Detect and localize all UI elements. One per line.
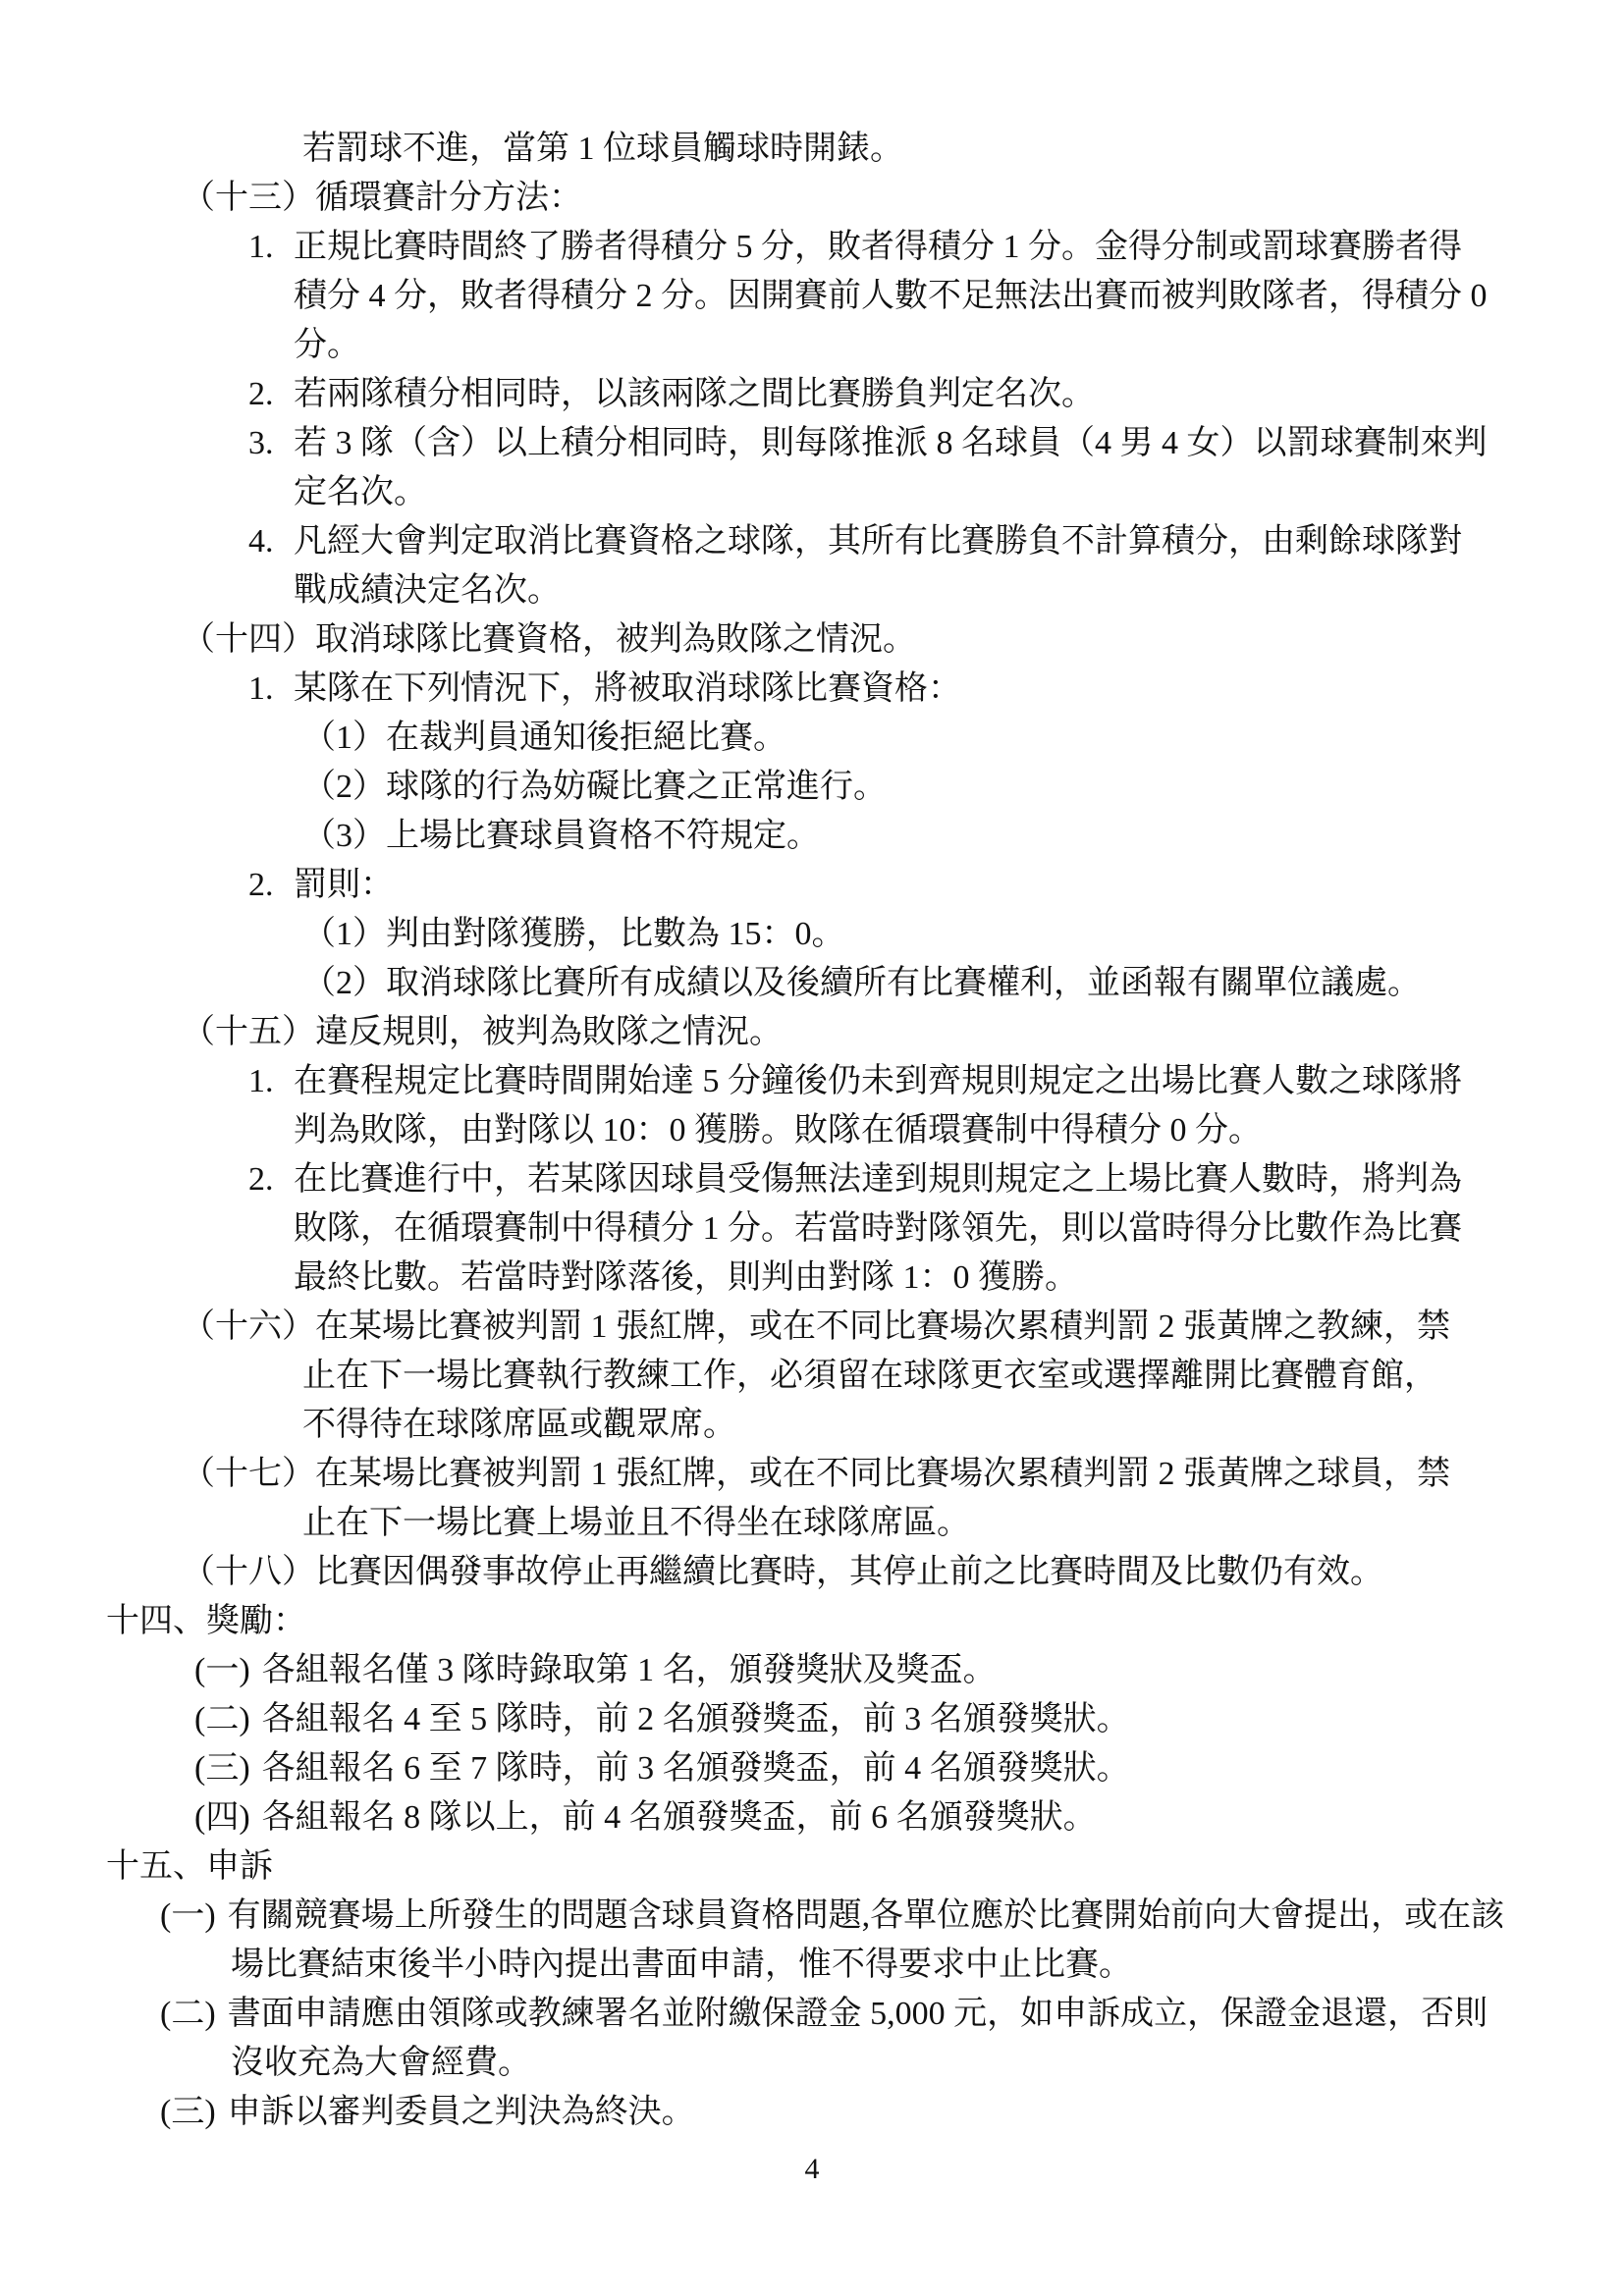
text-line: 2.罰則： [0, 861, 1624, 910]
line-text: 若罰球不進，當第 1 位球員觸球時開錶。 [302, 131, 903, 167]
line-label: (一) [194, 1652, 250, 1688]
line-text: 若 3 隊（含）以上積分相同時，則每隊推派 8 名球員（4 男 4 女）以罰球賽… [294, 425, 1488, 461]
text-line: 止在下一場比賽上場並且不得坐在球隊席區。 [0, 1499, 1624, 1548]
line-text: 罰則： [294, 867, 394, 903]
text-line: 1.正規比賽時間終了勝者得積分 5 分，敗者得積分 1 分。金得分制或罰球賽勝者… [0, 223, 1624, 272]
text-line: （3）上場比賽球員資格不符規定。 [0, 812, 1624, 861]
text-line: （十五）違反規則，被判為敗隊之情況。 [0, 1008, 1624, 1057]
line-text: 沒收充為大會經費。 [231, 2045, 531, 2081]
line-label: 1. [248, 223, 294, 272]
text-line: 沒收充為大會經費。 [0, 2039, 1624, 2088]
line-label: 2. [248, 370, 294, 419]
line-text: 在比賽進行中，若某隊因球員受傷無法達到規則規定之上場比賽人數時，將判為 [294, 1161, 1462, 1198]
text-line: 4.凡經大會判定取消比賽資格之球隊，其所有比賽勝負不計算積分，由剩餘球隊對 [0, 517, 1624, 566]
line-text: （十八）比賽因偶發事故停止再繼續比賽時，其停止前之比賽時間及比數仍有效。 [182, 1554, 1383, 1590]
line-label: (二) [160, 1996, 216, 2032]
text-line: 定名次。 [0, 468, 1624, 517]
text-line: 3.若 3 隊（含）以上積分相同時，則每隊推派 8 名球員（4 男 4 女）以罰… [0, 419, 1624, 468]
line-text: 各組報名 8 隊以上，前 4 名頒發獎盃，前 6 名頒發獎狀。 [262, 1799, 1097, 1836]
text-line: (一)有關競賽場上所發生的問題含球員資格問題,各單位應於比賽開始前向大會提出，或… [0, 1892, 1624, 1941]
text-line: (二)各組報名 4 至 5 隊時，前 2 名頒發獎盃，前 3 名頒發獎狀。 [0, 1695, 1624, 1744]
text-line: (三)申訴以審判委員之判決為終決。 [0, 2088, 1624, 2137]
line-text: （十四）取消球隊比賽資格，被判為敗隊之情況。 [182, 621, 916, 658]
line-label: 2. [248, 861, 294, 910]
line-text: （十七）在某場比賽被判罰 1 張紅牌，或在不同比賽場次累積判罰 2 張黃牌之球員… [182, 1456, 1450, 1492]
line-text: 定名次。 [294, 474, 427, 510]
text-line: 判為敗隊，由對隊以 10：0 獲勝。敗隊在循環賽制中得積分 0 分。 [0, 1106, 1624, 1155]
line-text: 在賽程規定比賽時間開始達 5 分鐘後仍未到齊規則規定之出場比賽人數之球隊將 [294, 1063, 1462, 1099]
line-label: 3. [248, 419, 294, 468]
line-label: (一) [160, 1897, 216, 1934]
line-text: 止在下一場比賽執行教練工作，必須留在球隊更衣室或選擇離開比賽體育館， [302, 1358, 1437, 1394]
line-text: 各組報名 4 至 5 隊時，前 2 名頒發獎盃，前 3 名頒發獎狀。 [262, 1701, 1130, 1737]
line-label: (三) [194, 1750, 250, 1787]
text-line: 分。 [0, 321, 1624, 370]
text-line: （1）在裁判員通知後拒絕比賽。 [0, 714, 1624, 763]
text-line: 場比賽結束後半小時內提出書面申請，惟不得要求中止比賽。 [0, 1941, 1624, 1990]
text-line: （十四）取消球隊比賽資格，被判為敗隊之情況。 [0, 615, 1624, 665]
text-line: 1.在賽程規定比賽時間開始達 5 分鐘後仍未到齊規則規定之出場比賽人數之球隊將 [0, 1057, 1624, 1106]
text-line: (四)各組報名 8 隊以上，前 4 名頒發獎盃，前 6 名頒發獎狀。 [0, 1793, 1624, 1842]
text-line: 戰成績決定名次。 [0, 566, 1624, 615]
text-line: 十五、申訴 [0, 1842, 1624, 1892]
text-line: （十六）在某場比賽被判罰 1 張紅牌，或在不同比賽場次累積判罰 2 張黃牌之教練… [0, 1303, 1624, 1352]
text-line: （2）取消球隊比賽所有成績以及後續所有比賽權利，並函報有關單位議處。 [0, 959, 1624, 1008]
line-label: 1. [248, 665, 294, 714]
line-label: 1. [248, 1057, 294, 1106]
line-text: 有關競賽場上所發生的問題含球員資格問題,各單位應於比賽開始前向大會提出，或在該 [228, 1897, 1505, 1934]
line-label: 4. [248, 517, 294, 566]
line-text: 場比賽結束後半小時內提出書面申請，惟不得要求中止比賽。 [231, 1947, 1132, 1983]
line-text: （十三）循環賽計分方法： [182, 180, 582, 216]
text-line: 十四、獎勵： [0, 1597, 1624, 1646]
text-line: 不得待在球隊席區或觀眾席。 [0, 1401, 1624, 1450]
text-line: 積分 4 分，敗者得積分 2 分。因開賽前人數不足無法出賽而被判敗隊者，得積分 … [0, 272, 1624, 321]
line-text: 不得待在球隊席區或觀眾席。 [302, 1407, 736, 1443]
line-text: 積分 4 分，敗者得積分 2 分。因開賽前人數不足無法出賽而被判敗隊者，得積分 … [294, 278, 1488, 314]
line-text: 最終比數。若當時對隊落後，則判由對隊 1：0 獲勝。 [294, 1259, 1078, 1296]
line-text: （1）在裁判員通知後拒絕比賽。 [302, 720, 786, 756]
line-label: (三) [160, 2094, 216, 2130]
text-line: 若罰球不進，當第 1 位球員觸球時開錶。 [0, 125, 1624, 174]
text-line: （2）球隊的行為妨礙比賽之正常進行。 [0, 763, 1624, 812]
line-text: （1）判由對隊獲勝，比數為 15：0。 [302, 916, 845, 952]
line-label: (四) [194, 1799, 250, 1836]
line-text: （2）球隊的行為妨礙比賽之正常進行。 [302, 769, 887, 805]
text-line: 止在下一場比賽執行教練工作，必須留在球隊更衣室或選擇離開比賽體育館， [0, 1352, 1624, 1401]
text-line: 最終比數。若當時對隊落後，則判由對隊 1：0 獲勝。 [0, 1254, 1624, 1303]
text-line: (三)各組報名 6 至 7 隊時，前 3 名頒發獎盃，前 4 名頒發獎狀。 [0, 1744, 1624, 1793]
text-line: 1.某隊在下列情況下，將被取消球隊比賽資格： [0, 665, 1624, 714]
line-text: 若兩隊積分相同時，以該兩隊之間比賽勝負判定名次。 [294, 376, 1095, 412]
page-footer: 4 [0, 2145, 1624, 2296]
line-text: 各組報名 6 至 7 隊時，前 3 名頒發獎盃，前 4 名頒發獎狀。 [262, 1750, 1130, 1787]
line-text: （十六）在某場比賽被判罰 1 張紅牌，或在不同比賽場次累積判罰 2 張黃牌之教練… [182, 1308, 1450, 1345]
line-text: 申訴以審判委員之判決為終決。 [228, 2094, 695, 2130]
line-text: 戰成績決定名次。 [294, 572, 561, 609]
line-text: 某隊在下列情況下，將被取消球隊比賽資格： [294, 670, 961, 707]
line-text: 分。 [294, 327, 360, 363]
text-line: (二)書面申請應由領隊或教練署名並附繳保證金 5,000 元，如申訴成立，保證金… [0, 1990, 1624, 2039]
line-label: (二) [194, 1701, 250, 1737]
text-line: (一)各組報名僅 3 隊時錄取第 1 名，頒發獎狀及獎盃。 [0, 1646, 1624, 1695]
page-number: 4 [805, 2150, 820, 2189]
line-text: （2）取消球隊比賽所有成績以及後續所有比賽權利，並函報有關單位議處。 [302, 965, 1421, 1001]
line-text: 止在下一場比賽上場並且不得坐在球隊席區。 [302, 1505, 970, 1541]
line-text: （3）上場比賽球員資格不符規定。 [302, 818, 820, 854]
line-text: 書面申請應由領隊或教練署名並附繳保證金 5,000 元，如申訴成立，保證金退還，… [228, 1996, 1489, 2032]
line-text: 判為敗隊，由對隊以 10：0 獲勝。敗隊在循環賽制中得積分 0 分。 [294, 1112, 1262, 1148]
line-text: 十四、獎勵： [106, 1603, 306, 1639]
document-page: 若罰球不進，當第 1 位球員觸球時開錶。（十三）循環賽計分方法：1.正規比賽時間… [0, 0, 1624, 2296]
text-line: 2.若兩隊積分相同時，以該兩隊之間比賽勝負判定名次。 [0, 370, 1624, 419]
line-text: （十五）違反規則，被判為敗隊之情況。 [182, 1014, 783, 1050]
line-label: 2. [248, 1155, 294, 1204]
text-line: （十七）在某場比賽被判罰 1 張紅牌，或在不同比賽場次累積判罰 2 張黃牌之球員… [0, 1450, 1624, 1499]
line-text: 各組報名僅 3 隊時錄取第 1 名，頒發獎狀及獎盃。 [262, 1652, 997, 1688]
line-text: 十五、申訴 [106, 1848, 273, 1885]
line-text: 敗隊，在循環賽制中得積分 1 分。若當時對隊領先，則以當時得分比數作為比賽 [294, 1210, 1462, 1247]
text-line: （十三）循環賽計分方法： [0, 174, 1624, 223]
text-line: （十八）比賽因偶發事故停止再繼續比賽時，其停止前之比賽時間及比數仍有效。 [0, 1548, 1624, 1597]
document-body: 若罰球不進，當第 1 位球員觸球時開錶。（十三）循環賽計分方法：1.正規比賽時間… [0, 0, 1624, 2137]
line-text: 凡經大會判定取消比賽資格之球隊，其所有比賽勝負不計算積分，由剩餘球隊對 [294, 523, 1462, 560]
text-line: 2.在比賽進行中，若某隊因球員受傷無法達到規則規定之上場比賽人數時，將判為 [0, 1155, 1624, 1204]
text-line: （1）判由對隊獲勝，比數為 15：0。 [0, 910, 1624, 959]
text-line: 敗隊，在循環賽制中得積分 1 分。若當時對隊領先，則以當時得分比數作為比賽 [0, 1204, 1624, 1254]
line-text: 正規比賽時間終了勝者得積分 5 分，敗者得積分 1 分。金得分制或罰球賽勝者得 [294, 229, 1462, 265]
